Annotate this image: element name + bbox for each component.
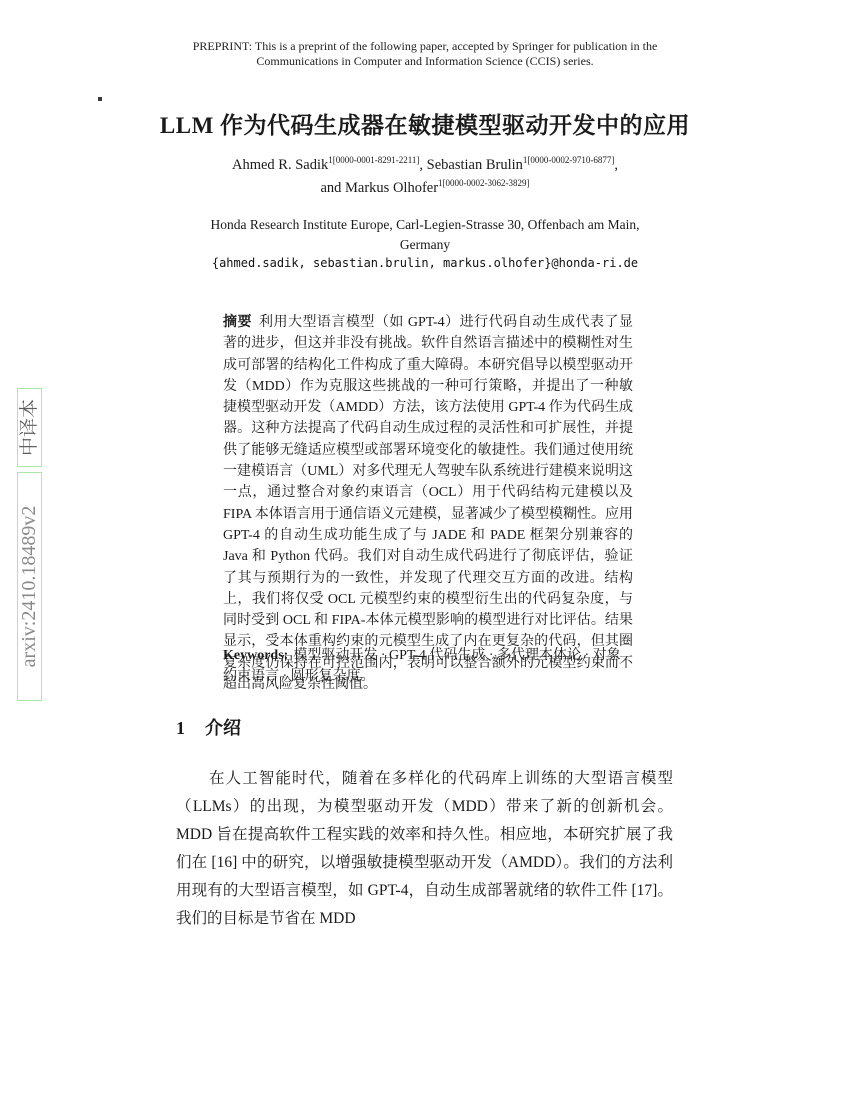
keywords: Keywords:模型驱动开发 · GPT-4 代码生成 · 多代理本体论 · … xyxy=(223,645,633,688)
authors-line-1: Ahmed R. Sadik1[0000-0001-8291-2211], Se… xyxy=(0,154,850,177)
affiliation-line-2: Germany xyxy=(0,235,850,255)
translation-badge: 中译本 xyxy=(17,388,42,467)
stray-dot-artifact xyxy=(98,97,102,101)
section-1-number: 1 xyxy=(176,718,185,739)
preprint-notice-line1: PREPRINT: This is a preprint of the foll… xyxy=(0,39,850,54)
author-separator-1: , xyxy=(419,157,426,173)
translation-badge-label: 中译本 xyxy=(19,399,40,456)
arxiv-badge: arxiv:2410.18489v2 xyxy=(17,472,42,701)
author-2-name: Sebastian Brulin xyxy=(427,157,523,173)
author-2-orcid: 1[0000-0002-9710-6877] xyxy=(523,155,615,165)
section-1-title: 介绍 xyxy=(205,718,241,738)
paper-page: 中译本 arxiv:2410.18489v2 PREPRINT: This is… xyxy=(0,0,850,1100)
keywords-label: Keywords: xyxy=(223,648,288,663)
abstract: 摘要利用大型语言模型（如 GPT-4）进行代码自动生成代表了显著的进步，但这并非… xyxy=(223,312,633,695)
intro-paragraph: 在人工智能时代，随着在多样化的代码库上训练的大型语言模型（LLMs）的出现，为模… xyxy=(176,765,673,933)
author-1-orcid: 1[0000-0001-8291-2211] xyxy=(328,155,419,165)
paper-title: LLM 作为代码生成器在敏捷模型驱动开发中的应用 xyxy=(0,107,850,140)
authors-email: {ahmed.sadik, sebastian.brulin, markus.o… xyxy=(0,256,850,270)
authors-line-2: and Markus Olhofer1[0000-0002-3062-3829] xyxy=(0,177,850,200)
author-3-name: and Markus Olhofer xyxy=(320,180,438,196)
abstract-text: 利用大型语言模型（如 GPT-4）进行代码自动生成代表了显著的进步，但这并非没有… xyxy=(223,315,633,692)
author-3-orcid: 1[0000-0002-3062-3829] xyxy=(438,178,530,188)
arxiv-badge-label: arxiv:2410.18489v2 xyxy=(18,506,40,668)
affiliation-block: Honda Research Institute Europe, Carl-Le… xyxy=(0,215,850,254)
author-1-name: Ahmed R. Sadik xyxy=(232,157,328,173)
preprint-notice: PREPRINT: This is a preprint of the foll… xyxy=(0,39,850,68)
abstract-label: 摘要 xyxy=(223,315,252,330)
author-separator-2: , xyxy=(614,157,618,173)
authors-block: Ahmed R. Sadik1[0000-0001-8291-2211], Se… xyxy=(0,154,850,200)
preprint-notice-line2: Communications in Computer and Informati… xyxy=(0,54,850,69)
affiliation-line-1: Honda Research Institute Europe, Carl-Le… xyxy=(0,215,850,235)
section-1-heading: 1介绍 xyxy=(176,714,241,740)
